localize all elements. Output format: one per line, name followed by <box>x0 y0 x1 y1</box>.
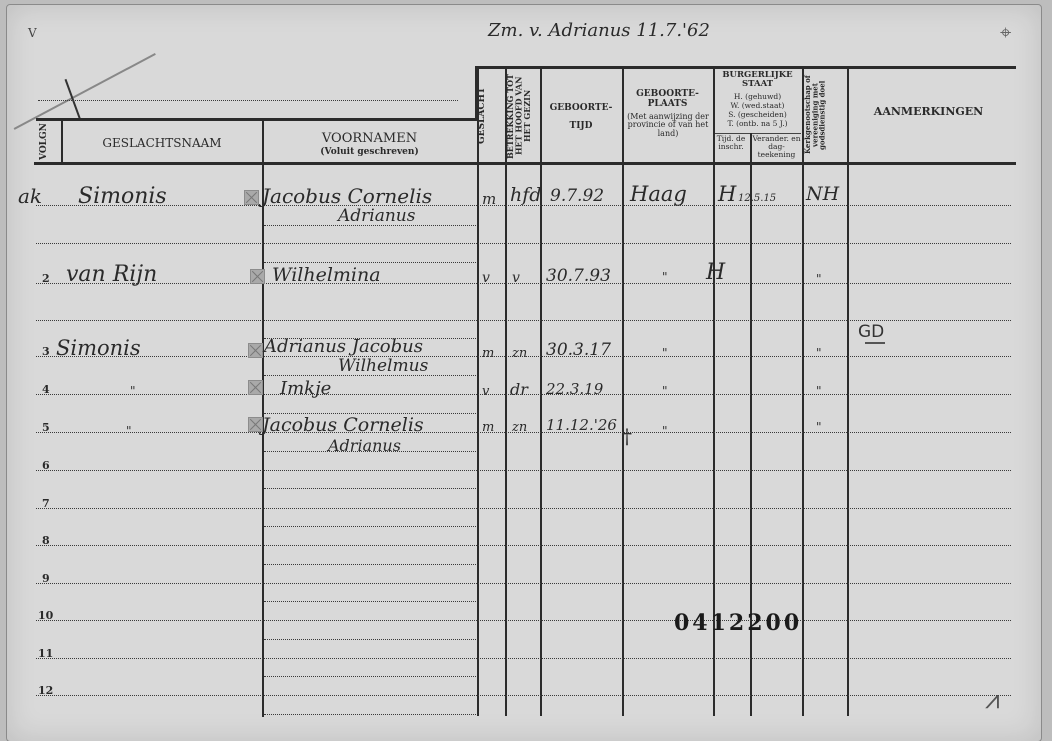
row-1-birth-place: Haag <box>630 182 687 206</box>
row-1-civil-status: H <box>718 182 736 206</box>
voornamen-subline <box>264 714 476 715</box>
card-number: 0412200 <box>674 610 802 636</box>
row-4-relation: dr <box>510 380 528 399</box>
row-1-given-1: Jacobus Cornelis <box>262 184 432 208</box>
row-2-num: 2 <box>42 272 50 285</box>
row-line-8 <box>36 545 1011 546</box>
voornamen-subline <box>264 601 476 602</box>
col-betrekking-header: BETREKKING TOT HET HOOFD VAN HET GEZIN <box>506 72 539 160</box>
checkbox-stamp-row-3 <box>248 343 263 358</box>
row-2-relation: v <box>512 270 520 286</box>
col-volgn-header: VOLGN <box>40 126 60 160</box>
row-5-given-1: Jacobus Cornelis <box>262 414 424 436</box>
burgerlijke-staat-w: W. (wed.staat) <box>713 102 802 110</box>
col-voornamen-header: VOORNAMEN <box>262 132 477 146</box>
header-top-border-right <box>475 66 1016 69</box>
voornamen-subline <box>264 639 476 640</box>
col-tijd-inschr-header: Tijd. de inschr. <box>713 135 749 151</box>
col-geboorteplaats-sub: (Met aanwijzing der provincie of van het… <box>626 113 710 138</box>
row-2-church: " <box>816 272 822 286</box>
voornamen-subline <box>264 262 476 263</box>
top-annotation: Zm. v. Adrianus 11.7.'62 <box>488 20 710 41</box>
col-kerkgenootschap-header: Kerkgenootschap of vereeniging met godsd… <box>804 70 846 160</box>
grid-vline-volgn <box>61 121 63 163</box>
row-1-birth-date: 9.7.92 <box>550 186 604 206</box>
row-5-birth-date: 11.12.'26 <box>546 416 617 434</box>
row-line-2 <box>36 283 1011 284</box>
grid-vline-voornamen-right <box>477 68 479 716</box>
row-line-7 <box>36 508 1011 509</box>
row-2-birth-date: 30.7.93 <box>546 266 611 286</box>
row-1-num: ak <box>18 184 42 208</box>
row-7-num: 7 <box>42 497 50 510</box>
header-bottom-border <box>34 162 1016 165</box>
row-4-sex: v <box>482 384 489 399</box>
row-2-given-1: Wilhelmina <box>272 264 381 286</box>
row-4-num: 4 <box>42 383 50 396</box>
checkbox-stamp-row-5 <box>248 417 263 432</box>
row-line-2b <box>36 320 1011 321</box>
row-5-surname: " <box>126 424 132 438</box>
header-dotted-line <box>38 100 458 101</box>
row-3-sex: m <box>482 346 494 361</box>
row-2-sex: v <box>482 270 490 286</box>
col-geslacht-header: GESLACHT <box>478 72 504 160</box>
row-1-surname: Simonis <box>78 184 167 209</box>
row-5-birth-place: " <box>662 424 668 438</box>
row-1-church: NH <box>806 183 839 205</box>
row-10-num: 10 <box>38 609 53 622</box>
row-line-11 <box>36 658 1011 659</box>
col-geboortetijd-header-2: TIJD <box>540 122 622 131</box>
row-line-10 <box>36 620 1011 621</box>
burgerlijke-staat-h: H. (gehuwd) <box>713 93 802 101</box>
row-5-num: 5 <box>42 421 50 434</box>
checkbox-stamp-row-4 <box>248 380 263 395</box>
row-4-church: " <box>816 384 822 398</box>
row-2-surname: van Rijn <box>66 262 157 287</box>
checkbox-stamp-row-2 <box>250 269 265 284</box>
row-6-num: 6 <box>42 459 50 472</box>
voornamen-subline <box>264 676 476 677</box>
row-11-num: 11 <box>38 647 53 660</box>
row-line-12 <box>36 695 1011 696</box>
col-verander-header: Verander. en dag-teekening <box>751 135 802 159</box>
col-aanmerkingen-header: AANMERKINGEN <box>847 106 1010 118</box>
corner-mark-top-right: ⌖ <box>1000 20 1011 44</box>
col-burgerlijke-staat-header: BURGERLIJKE STAAT <box>713 71 802 89</box>
row-9-num: 9 <box>42 572 50 585</box>
burgerlijke-staat-t: T. (ontb. na 5 J.) <box>713 120 802 128</box>
row-12-num: 12 <box>38 684 53 697</box>
burgerlijke-staat-s: S. (gescheiden) <box>713 111 802 119</box>
row-line-1b <box>36 243 1011 244</box>
row-3-given-1: Adrianus Jacobus <box>264 336 423 357</box>
voornamen-subline <box>264 488 476 489</box>
grid-vline-geboortetijd <box>622 68 624 716</box>
row-3-birth-date: 30.3.17 <box>546 340 611 360</box>
row-3-num: 3 <box>42 345 50 358</box>
corner-mark-bottom-right: ⩘ <box>985 685 1000 716</box>
grid-vline-verander <box>802 68 804 716</box>
remarks-underline <box>865 342 885 344</box>
row-5-death-mark: † <box>622 424 632 448</box>
row-3-birth-place: " <box>662 346 668 360</box>
col-geboorteplaats-header-2: PLAATS <box>622 100 713 109</box>
row-3-church: " <box>816 346 822 360</box>
row-4-surname: " <box>130 384 136 398</box>
row-line-6 <box>36 470 1011 471</box>
row-4-birth-place: " <box>662 384 668 398</box>
voornamen-subline <box>264 564 476 565</box>
col-geboortetijd-header-1: GEBOORTE- <box>540 104 622 113</box>
row-8-num: 8 <box>42 534 50 547</box>
row-2-birth-place: " <box>662 270 668 284</box>
row-3-surname: Simonis <box>56 336 141 360</box>
row-5-sex: m <box>482 420 494 435</box>
grid-vline-betrekking <box>540 68 542 716</box>
row-5-church: " <box>816 420 822 434</box>
row-2-civil-status: H <box>706 260 725 285</box>
col-geslachtsnaam-header: GESLACHTSNAAM <box>62 137 262 150</box>
checkbox-stamp-row-1 <box>244 190 259 205</box>
row-5-given-2: Adrianus <box>328 436 401 455</box>
voornamen-subline <box>264 526 476 527</box>
grid-vline-kerk <box>847 68 849 716</box>
header-top-border-left <box>36 118 478 121</box>
row-5-relation: zn <box>512 420 527 435</box>
row-3-remarks-stamp: GD <box>858 322 884 342</box>
corner-mark-top-left: V <box>28 26 37 40</box>
row-line-9 <box>36 583 1011 584</box>
row-1-relation: hfd <box>510 184 541 206</box>
row-4-birth-date: 22.3.19 <box>546 380 603 398</box>
row-1-given-2: Adrianus <box>338 206 415 226</box>
row-3-relation: zn <box>512 346 527 361</box>
row-1-civil-date: 12.5.15 <box>738 193 776 204</box>
row-4-given-1: Imkje <box>280 378 331 399</box>
grid-vline-geslacht <box>505 68 507 716</box>
row-1-sex: m <box>482 190 496 208</box>
row-3-given-2: Wilhelmus <box>338 356 428 376</box>
col-voornamen-sub: (Voluit geschreven) <box>262 148 477 157</box>
